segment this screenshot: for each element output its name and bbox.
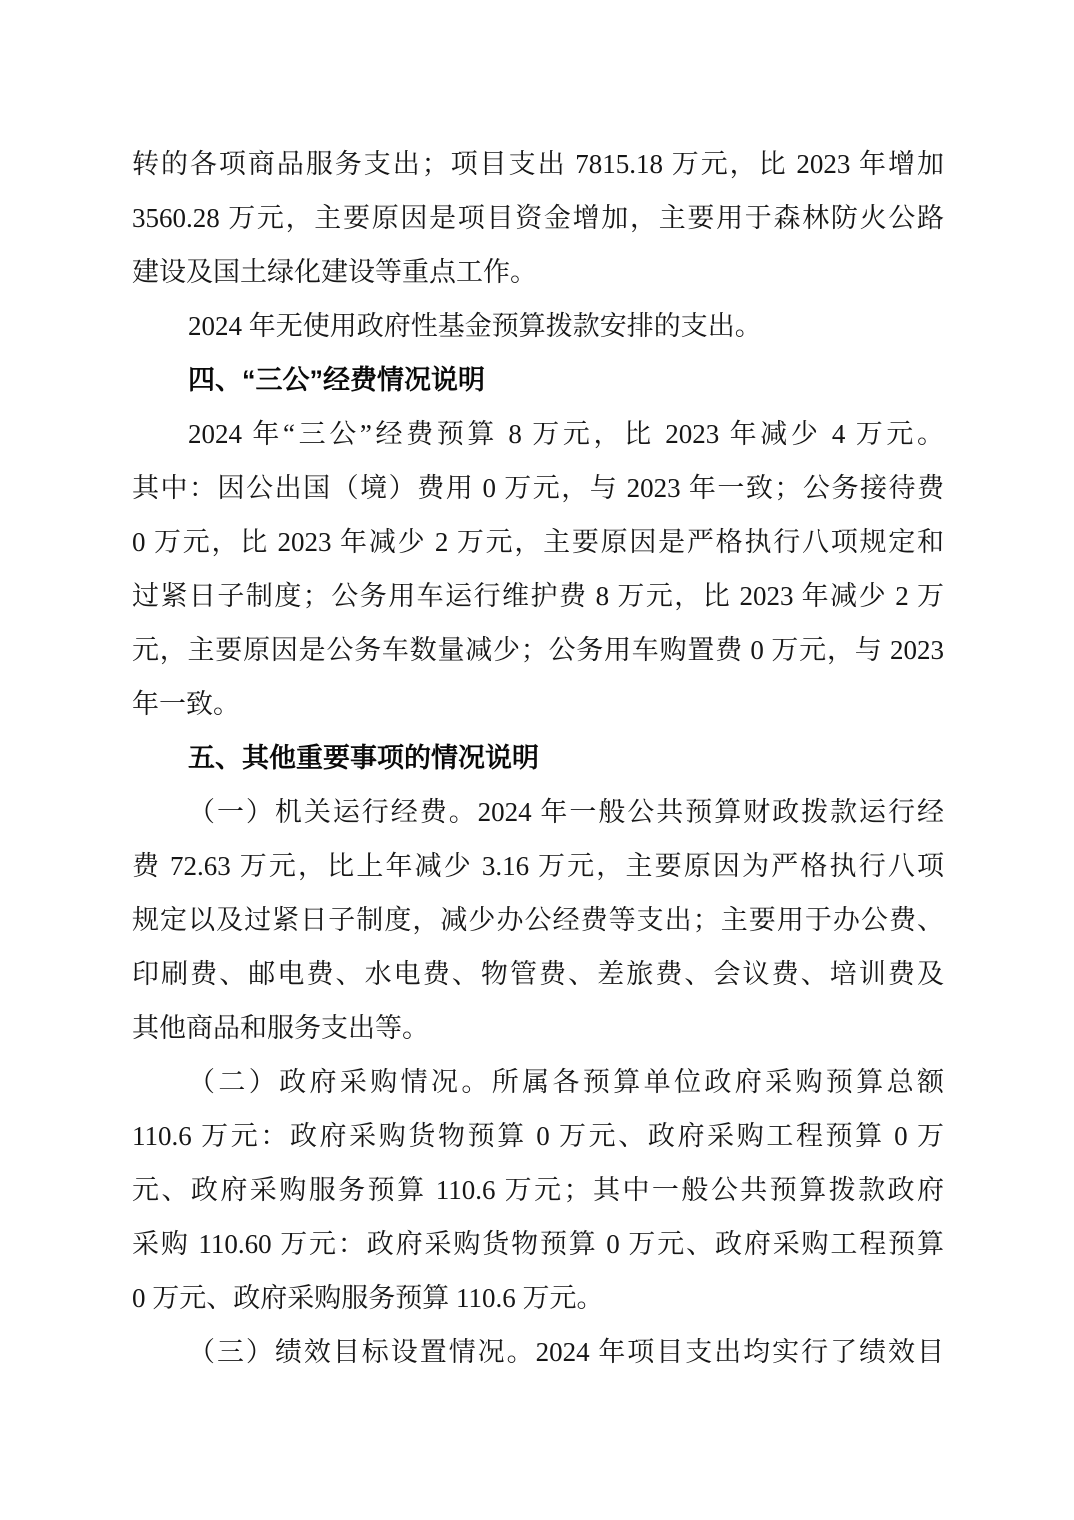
doc-line: 建设及国土绿化建设等重点工作。 [132,245,944,299]
section-heading-sangong: 四、“三公”经费情况说明 [132,353,944,407]
doc-line: 2024 年无使用政府性基金预算拨款安排的支出。 [132,299,944,353]
doc-line: 3560.28 万元，主要原因是项目资金增加，主要用于森林防火公路 [132,191,944,245]
doc-line: 过紧日子制度；公务用车运行维护费 8 万元，比 2023 年减少 2 万 [132,569,944,623]
document-page: 转的各项商品服务支出；项目支出 7815.18 万元，比 2023 年增加 35… [0,0,1074,1520]
doc-line: 规定以及过紧日子制度，减少办公经费等支出；主要用于办公费、 [132,893,944,947]
doc-line: （三）绩效目标设置情况。2024 年项目支出均实行了绩效目 [132,1325,944,1379]
document-text-block: 转的各项商品服务支出；项目支出 7815.18 万元，比 2023 年增加 35… [132,137,944,1379]
doc-line: 印刷费、邮电费、水电费、物管费、差旅费、会议费、培训费及 [132,947,944,1001]
doc-line: （二）政府采购情况。所属各预算单位政府采购预算总额 [132,1055,944,1109]
doc-line: 采购 110.60 万元：政府采购货物预算 0 万元、政府采购工程预算 [132,1217,944,1271]
doc-line: 转的各项商品服务支出；项目支出 7815.18 万元，比 2023 年增加 [132,137,944,191]
doc-line: 0 万元、政府采购服务预算 110.6 万元。 [132,1271,944,1325]
doc-line: 费 72.63 万元，比上年减少 3.16 万元，主要原因为严格执行八项 [132,839,944,893]
doc-line: 其他商品和服务支出等。 [132,1001,944,1055]
doc-line: 110.6 万元：政府采购货物预算 0 万元、政府采购工程预算 0 万 [132,1109,944,1163]
doc-line: 元，主要原因是公务车数量减少；公务用车购置费 0 万元，与 2023 [132,623,944,677]
doc-line: 其中：因公出国（境）费用 0 万元，与 2023 年一致；公务接待费 [132,461,944,515]
doc-line: 0 万元，比 2023 年减少 2 万元，主要原因是严格执行八项规定和 [132,515,944,569]
doc-line: 2024 年“三公”经费预算 8 万元，比 2023 年减少 4 万元。 [132,407,944,461]
doc-line: 元、政府采购服务预算 110.6 万元；其中一般公共预算拨款政府 [132,1163,944,1217]
doc-line: 年一致。 [132,677,944,731]
doc-line: （一）机关运行经费。2024 年一般公共预算财政拨款运行经 [132,785,944,839]
section-heading-other: 五、其他重要事项的情况说明 [132,731,944,785]
